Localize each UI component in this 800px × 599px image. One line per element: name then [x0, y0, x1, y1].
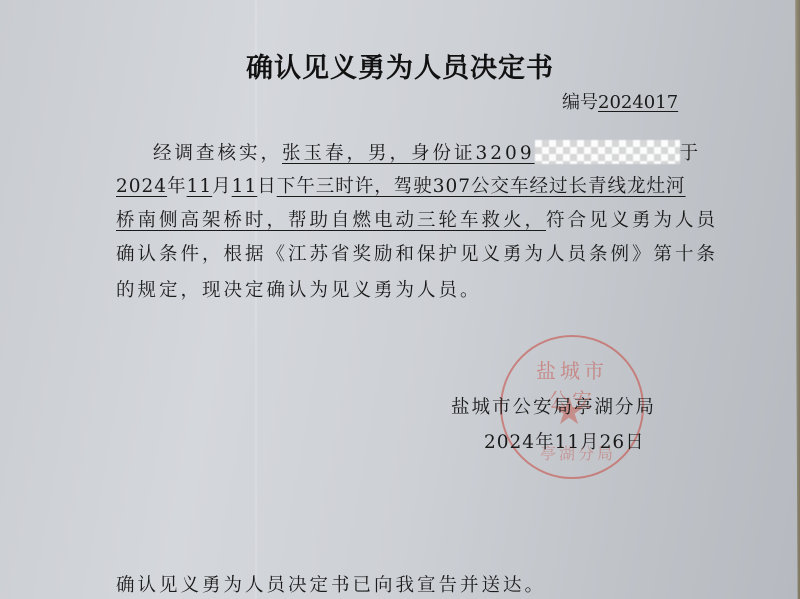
body-line-3: 桥南侧高架桥时，帮助自燃电动三轮车救火，符合见义勇为人员 — [116, 206, 718, 232]
redacted-id-block — [535, 140, 680, 164]
issue-date: 2024年11月26日 — [484, 428, 645, 454]
event-description-2: 桥南侧高架桥时，帮助自燃电动三轮车救火， — [116, 210, 546, 231]
body-line-1: 经调查核实，张玉春，男，身份证3209于 — [153, 139, 701, 165]
line3-rest: 符合见义勇为人员 — [546, 210, 718, 231]
document-number-value: 2024017 — [598, 92, 678, 113]
day-unit: 日 — [257, 176, 277, 197]
event-description-1: 下午三时许，驾驶307公交车经过长青线龙灶河 — [277, 176, 686, 197]
month-unit: 月 — [212, 176, 232, 197]
line1-suffix: 于 — [680, 143, 702, 164]
person-info: 张玉春，男，身份证3209 — [282, 143, 535, 164]
document-title: 确认见义勇为人员决定书 — [0, 46, 800, 85]
event-month: 11 — [187, 176, 213, 197]
line1-prefix: 经调查核实， — [153, 143, 282, 164]
event-day: 11 — [232, 176, 258, 197]
event-year: 2024 — [116, 176, 167, 197]
body-line-5: 的规定，现决定确认为见义勇为人员。 — [116, 276, 482, 302]
body-line-2: 2024年11月11日下午三时许，驾驶307公交车经过长青线龙灶河 — [116, 172, 686, 198]
year-unit: 年 — [167, 176, 187, 197]
issuing-authority: 盐城市公安局亭湖分局 — [451, 393, 656, 419]
document-number-label: 编号 — [562, 92, 598, 113]
document-number: 编号2024017 — [562, 88, 678, 114]
body-line-4: 确认条件，根据《江苏省奖励和保护见义勇为人员条例》第十条 — [116, 240, 718, 266]
paper-edge — [792, 0, 800, 599]
acknowledgement-text: 确认见义勇为人员决定书已向我宣告并送达。 — [116, 571, 546, 597]
